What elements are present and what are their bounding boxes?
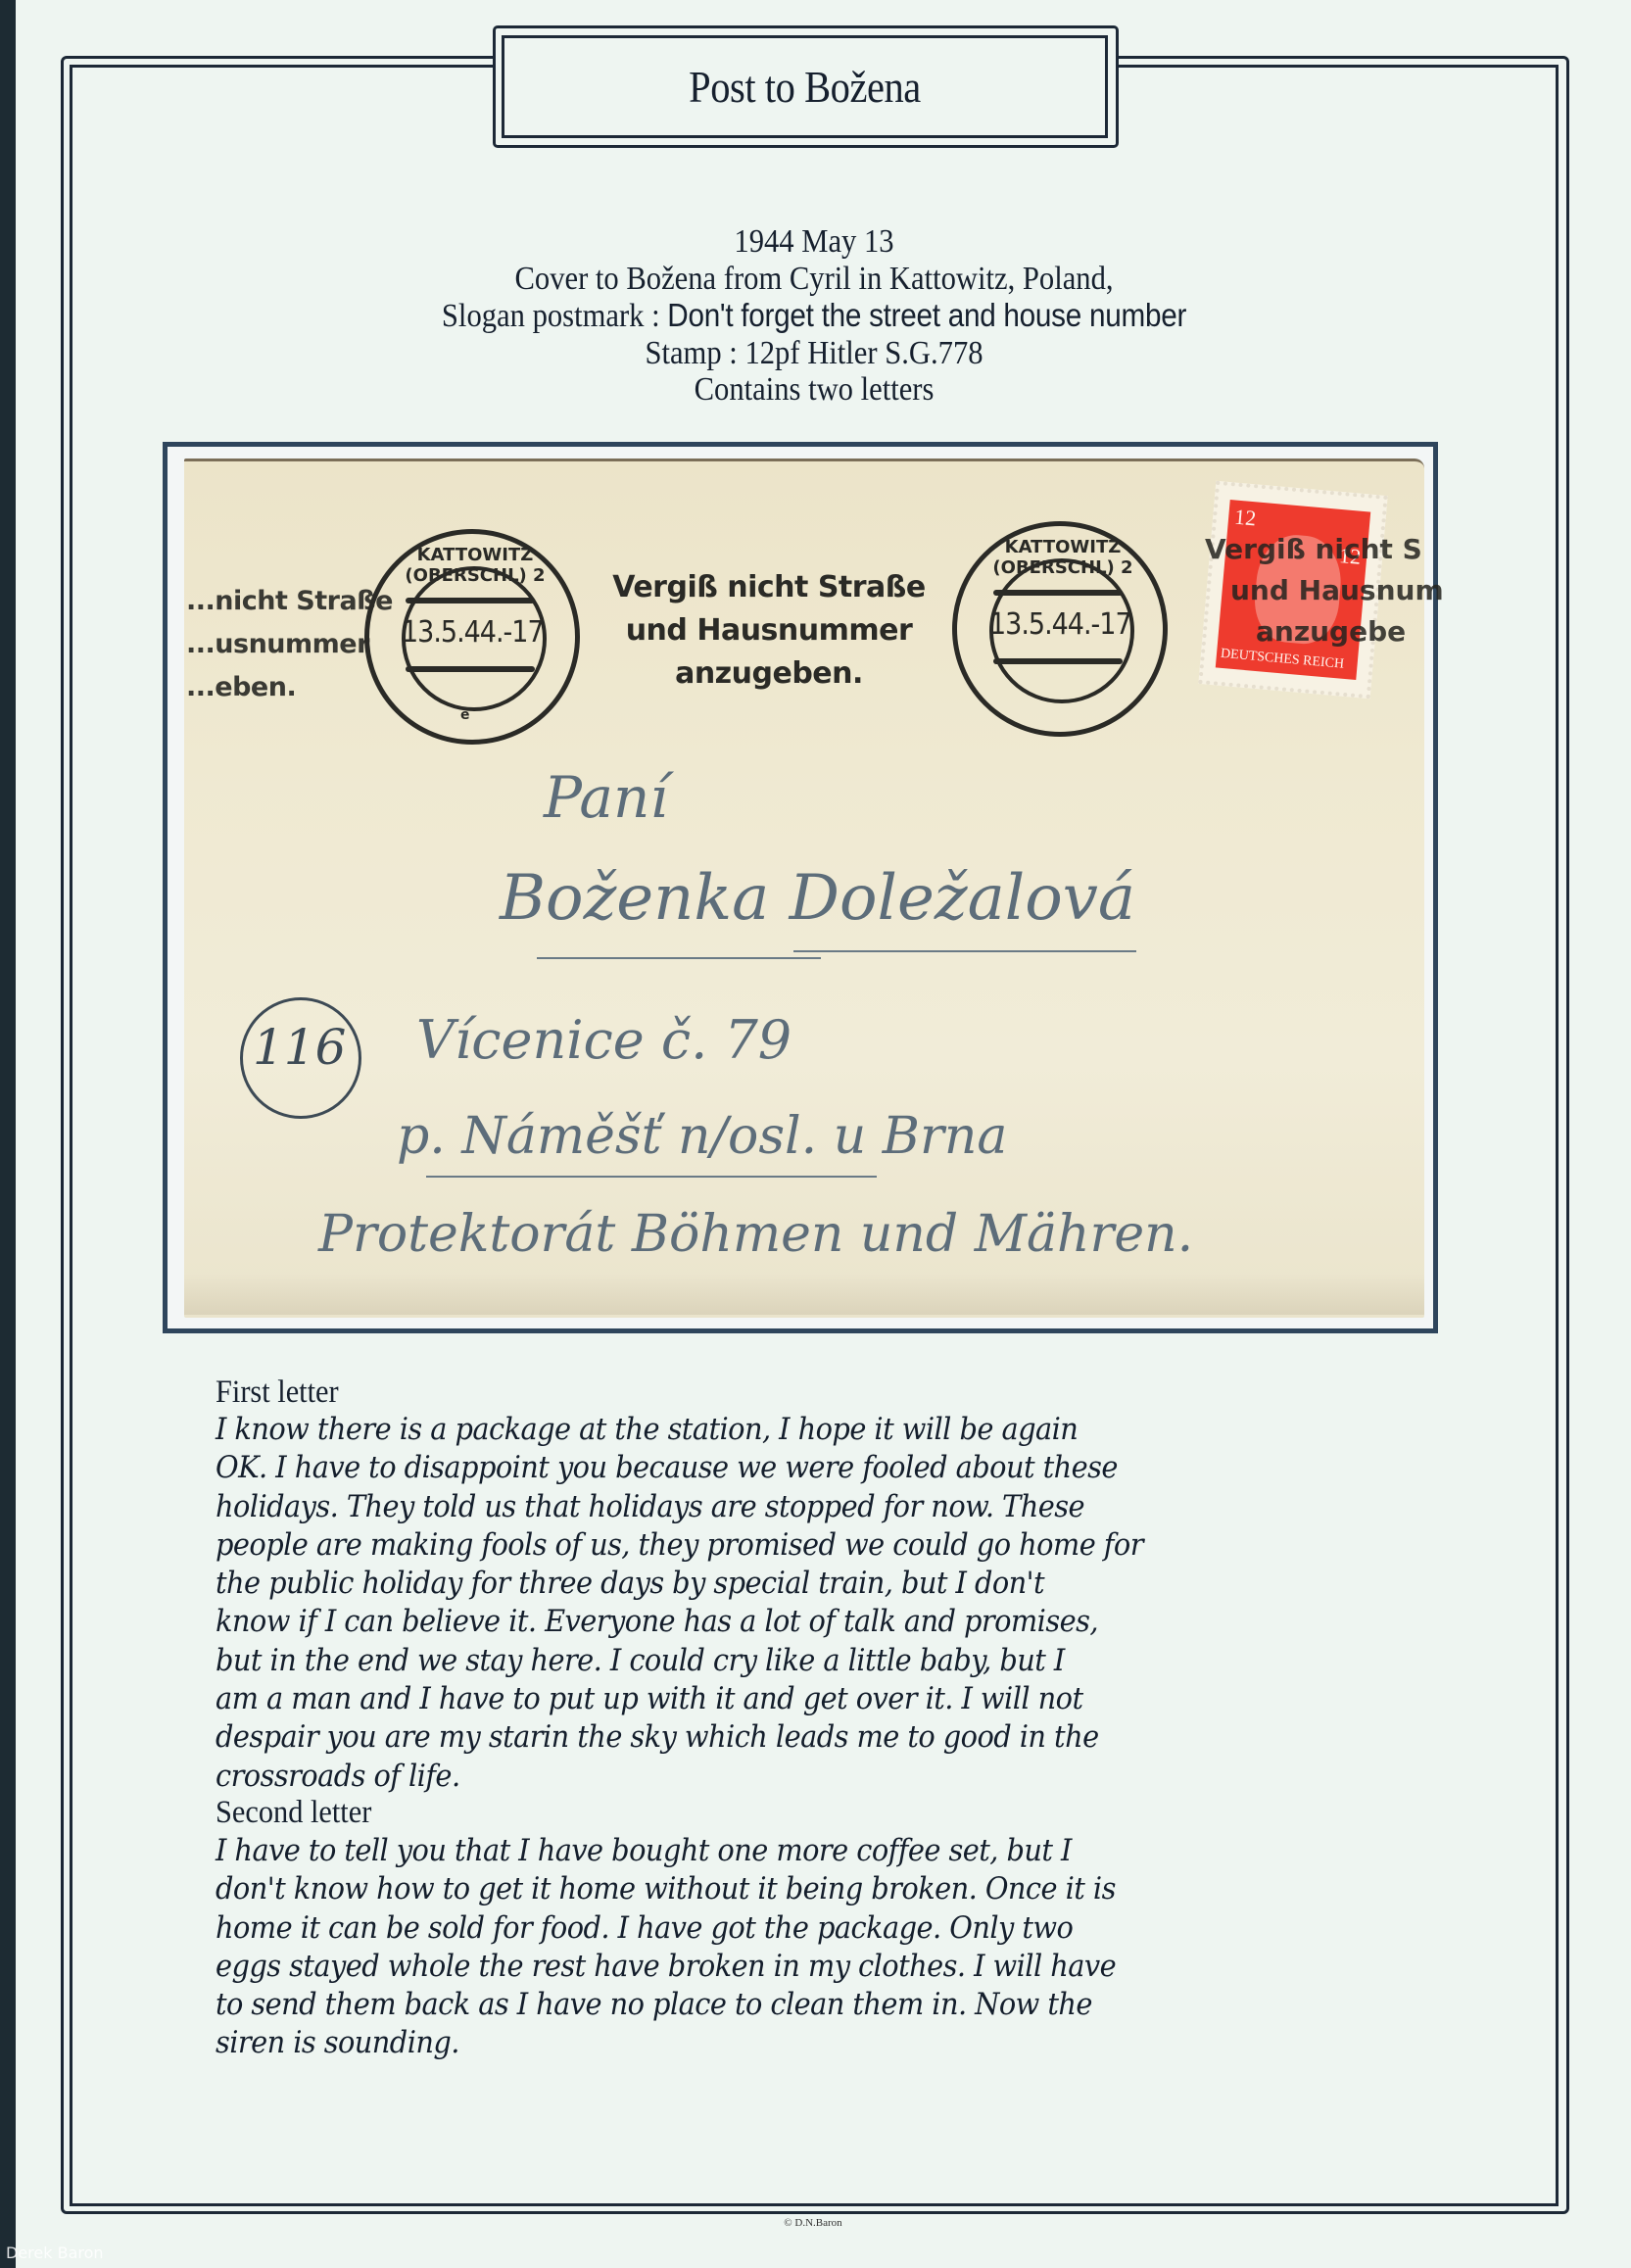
- letter-line: siren is sounding.: [216, 2024, 1364, 2062]
- address-line-1: Vícenice č. 79: [416, 1009, 792, 1071]
- name-underline: [537, 957, 821, 959]
- letter-line: despair you are my starin the sky which …: [216, 1718, 1364, 1757]
- letter-line: holidays. They told us that holidays are…: [216, 1488, 1364, 1526]
- letter-line: don't know how to get it home without it…: [216, 1870, 1364, 1908]
- page-title: Post to Božena: [689, 61, 921, 113]
- postmark-bar: [406, 666, 535, 672]
- first-letter-text: I know there is a package at the station…: [216, 1411, 1450, 1796]
- postmark-date: 13.5.44.-17: [402, 615, 539, 650]
- circled-number-text: 116: [253, 1019, 346, 1076]
- slogan-postmark: Vergiß nicht Straße und Hausnummer anzug…: [602, 566, 935, 696]
- envelope-shadow: [184, 1274, 1424, 1315]
- postmark-bar: [993, 658, 1123, 664]
- postmark-town: KATTOWITZ (OBERSCHL) 2: [392, 545, 558, 586]
- letter-line: but in the end we stay here. I could cry…: [216, 1642, 1364, 1680]
- address-line-3: Protektorát Böhmen und Mähren.: [318, 1205, 1193, 1264]
- postmark-slogan: Don't forget the street and house number: [667, 297, 1186, 333]
- postmark-town: KATTOWITZ (OBERSCHL) 2: [980, 537, 1146, 578]
- letter-line: home it can be sold for food. I have got…: [216, 1909, 1364, 1948]
- postmark-label: Slogan postmark :: [442, 298, 667, 334]
- cover-date: 1944 May 13: [144, 223, 1484, 261]
- cover-description: 1944 May 13 Cover to Božena from Cyril i…: [70, 223, 1559, 409]
- slogan-partial-left: ...nicht Straße ...usnummer ...eben.: [186, 580, 393, 709]
- second-letter-label: Second letter: [216, 1795, 371, 1831]
- letter-line: OK. I have to disappoint you because we …: [216, 1449, 1364, 1487]
- address-name: Boženka Doležalová: [500, 862, 1135, 935]
- scan-edge: [0, 0, 16, 2268]
- postmark-bar: [993, 590, 1123, 596]
- stamp-description: Stamp : 12pf Hitler S.G.778: [144, 335, 1484, 372]
- letter-line: crossroads of life.: [216, 1758, 1364, 1796]
- address-line-2: p. Náměšť n/osl. u Brna: [397, 1107, 1007, 1166]
- contents-description: Contains two letters: [144, 371, 1484, 409]
- cover-origin: Cover to Božena from Cyril in Kattowitz,…: [144, 261, 1484, 298]
- letter-line: to send them back as I have no place to …: [216, 1986, 1364, 2024]
- letter-line: I know there is a package at the station…: [216, 1411, 1364, 1449]
- letter-line: the public holiday for three days by spe…: [216, 1565, 1364, 1603]
- copyright-notice: © D.N.Baron: [754, 2217, 872, 2229]
- letter-line: eggs stayed whole the rest have broken i…: [216, 1948, 1364, 1986]
- watermark: Derek Baron: [6, 2244, 104, 2262]
- title-box: Post to Božena: [502, 35, 1108, 138]
- slogan-partial-right: Vergiß nicht S und Hausnum anzugebe: [1205, 529, 1444, 652]
- letter-line: people are making fools of us, they prom…: [216, 1526, 1364, 1565]
- postmark-date: 13.5.44.-17: [989, 607, 1127, 642]
- postmark-description: Slogan postmark : Don't forget the stree…: [144, 297, 1484, 335]
- second-letter-text: I have to tell you that I have bought on…: [216, 1832, 1450, 2063]
- postmark-code: e: [460, 707, 470, 723]
- first-letter-label: First letter: [216, 1375, 339, 1411]
- letter-line: am a man and I have to put up with it an…: [216, 1680, 1364, 1718]
- address-salutation: Paní: [544, 764, 668, 831]
- stamp-value: 12: [1233, 505, 1257, 532]
- name-underline: [793, 950, 1136, 952]
- postmark-bar: [406, 598, 535, 603]
- letter-line: I have to tell you that I have bought on…: [216, 1832, 1364, 1870]
- letter-line: know if I can believe it. Everyone has a…: [216, 1603, 1364, 1641]
- address-underline: [426, 1176, 877, 1178]
